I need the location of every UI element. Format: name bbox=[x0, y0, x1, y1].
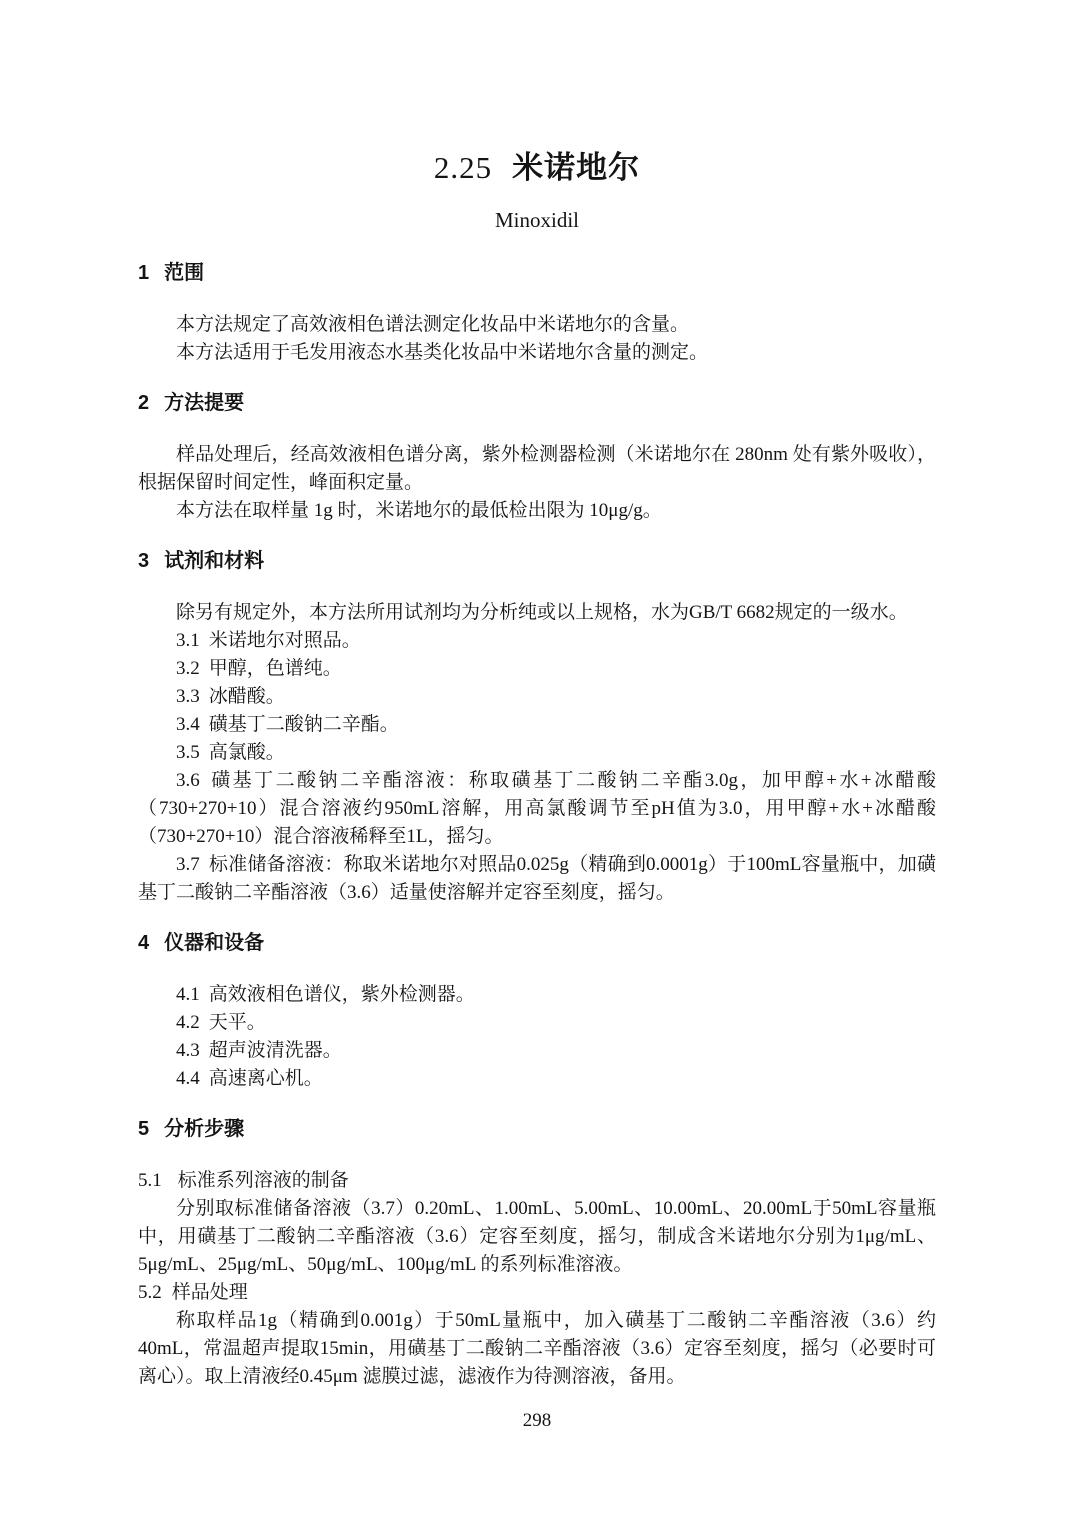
list-item: 3.7标准储备溶液：称取米诺地尔对照品0.025g（精确到0.0001g）于10… bbox=[138, 851, 936, 907]
section-heading-5: 5分析步骤 bbox=[138, 1114, 936, 1144]
list-item: 4.4高速离心机。 bbox=[138, 1065, 936, 1093]
list-item: 4.3超声波清洗器。 bbox=[138, 1037, 936, 1065]
item-number: 4.1 bbox=[176, 984, 200, 1005]
item-number: 4.3 bbox=[176, 1040, 200, 1061]
section-heading-3: 3试剂和材料 bbox=[138, 546, 936, 576]
item-number: 3.2 bbox=[176, 658, 200, 679]
subsection-title: 样品处理 bbox=[172, 1282, 248, 1303]
item-number: 3.6 bbox=[176, 770, 200, 791]
subsection-heading-5-1: 5.1标准系列溶液的制备 bbox=[138, 1167, 936, 1195]
document-page: 2.25米诺地尔 Minoxidil 1范围 本方法规定了高效液相色谱法测定化妆… bbox=[0, 0, 1074, 1520]
section-title: 试剂和材料 bbox=[164, 550, 264, 572]
paragraph: 分别取标准储备溶液（3.7）0.20mL、1.00mL、5.00mL、10.00… bbox=[138, 1195, 936, 1279]
section-heading-1: 1范围 bbox=[138, 258, 936, 288]
list-item: 4.2天平。 bbox=[138, 1009, 936, 1037]
paragraph: 本方法规定了高效液相色谱法测定化妆品中米诺地尔的含量。 bbox=[138, 311, 936, 339]
item-number: 3.7 bbox=[176, 854, 200, 875]
item-text: 超声波清洗器。 bbox=[209, 1040, 342, 1061]
list-item: 3.6磺基丁二酸钠二辛酯溶液：称取磺基丁二酸钠二辛酯3.0g，加甲醇+水+冰醋酸… bbox=[138, 767, 936, 851]
section-title: 方法提要 bbox=[164, 392, 244, 414]
item-text: 磺基丁二酸钠二辛酯。 bbox=[209, 714, 399, 735]
item-text: 高氯酸。 bbox=[209, 742, 285, 763]
item-text: 标准储备溶液：称取米诺地尔对照品0.025g（精确到0.0001g）于100mL… bbox=[138, 854, 936, 903]
paragraph: 除另有规定外，本方法所用试剂均为分析纯或以上规格，水为GB/T 6682规定的一… bbox=[138, 599, 936, 627]
paragraph: 本方法适用于毛发用液态水基类化妆品中米诺地尔含量的测定。 bbox=[138, 339, 936, 367]
page-title-text: 米诺地尔 bbox=[512, 150, 640, 185]
section-title: 分析步骤 bbox=[164, 1118, 244, 1140]
subsection-number: 5.1 bbox=[138, 1170, 162, 1191]
item-number: 3.5 bbox=[176, 742, 200, 763]
item-text: 磺基丁二酸钠二辛酯溶液：称取磺基丁二酸钠二辛酯3.0g，加甲醇+水+冰醋酸（73… bbox=[138, 770, 936, 847]
section-heading-4: 4仪器和设备 bbox=[138, 928, 936, 958]
subsection-number: 5.2 bbox=[138, 1282, 162, 1303]
section-number: 5 bbox=[138, 1118, 149, 1140]
item-number: 3.3 bbox=[176, 686, 200, 707]
list-item: 3.3冰醋酸。 bbox=[138, 683, 936, 711]
item-text: 高效液相色谱仪，紫外检测器。 bbox=[209, 984, 475, 1005]
section-number: 4 bbox=[138, 932, 149, 954]
list-item: 3.4磺基丁二酸钠二辛酯。 bbox=[138, 711, 936, 739]
section-number: 3 bbox=[138, 550, 149, 572]
section-number: 2 bbox=[138, 392, 149, 414]
item-text: 天平。 bbox=[209, 1012, 266, 1033]
paragraph: 样品处理后，经高效液相色谱分离，紫外检测器检测（米诺地尔在 280nm 处有紫外… bbox=[138, 441, 936, 497]
paragraph: 本方法在取样量 1g 时，米诺地尔的最低检出限为 10μg/g。 bbox=[138, 497, 936, 525]
paragraph: 称取样品1g（精确到0.001g）于50mL量瓶中，加入磺基丁二酸钠二辛酯溶液（… bbox=[138, 1307, 936, 1391]
page-number: 298 bbox=[138, 1407, 936, 1435]
subsection-heading-5-2: 5.2样品处理 bbox=[138, 1279, 936, 1307]
page-title: 2.25米诺地尔 bbox=[138, 148, 936, 188]
list-item: 3.5高氯酸。 bbox=[138, 739, 936, 767]
list-item: 3.2甲醇，色谱纯。 bbox=[138, 655, 936, 683]
item-text: 高速离心机。 bbox=[209, 1068, 323, 1089]
section-heading-2: 2方法提要 bbox=[138, 388, 936, 418]
item-text: 甲醇，色谱纯。 bbox=[209, 658, 342, 679]
item-number: 4.2 bbox=[176, 1012, 200, 1033]
list-item: 3.1米诺地尔对照品。 bbox=[138, 627, 936, 655]
page-title-number: 2.25 bbox=[434, 150, 492, 185]
item-number: 3.1 bbox=[176, 630, 200, 651]
list-item: 4.1高效液相色谱仪，紫外检测器。 bbox=[138, 981, 936, 1009]
page-subtitle: Minoxidil bbox=[138, 206, 936, 234]
section-number: 1 bbox=[138, 262, 149, 284]
section-title: 仪器和设备 bbox=[164, 932, 264, 954]
section-title: 范围 bbox=[164, 262, 204, 284]
item-text: 冰醋酸。 bbox=[209, 686, 285, 707]
subsection-title: 标准系列溶液的制备 bbox=[178, 1170, 349, 1191]
item-number: 3.4 bbox=[176, 714, 200, 735]
item-text: 米诺地尔对照品。 bbox=[209, 630, 361, 651]
item-number: 4.4 bbox=[176, 1068, 200, 1089]
